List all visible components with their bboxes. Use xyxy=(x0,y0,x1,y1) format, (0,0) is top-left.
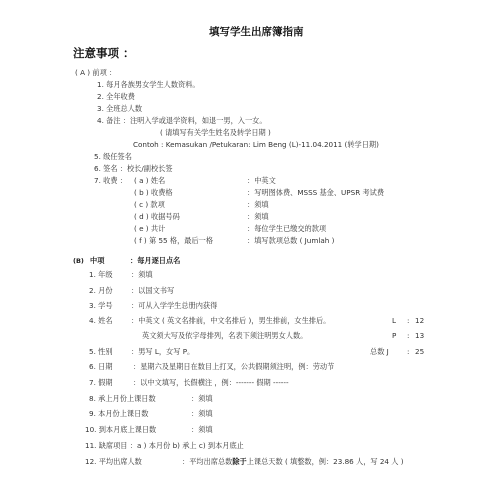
fees-row-key: ( b ) 收费格 xyxy=(134,188,173,198)
section-a-label: ( A ) 前项 ： xyxy=(75,68,116,78)
fees-row-key: ( e ) 共计 xyxy=(134,224,165,234)
count-label: L xyxy=(392,316,396,325)
fees-row-key: ( d ) 收据号码 xyxy=(134,212,180,222)
section-b-item-key: 7. 假期 xyxy=(89,378,113,388)
fees-row-value: ：须填 xyxy=(247,200,269,210)
section-b-item-key: 6. 日期 xyxy=(89,362,113,372)
section-b-item-value: ：平均出席总数除于上课总天数 ( 填整数，例：23.86 人，写 24 人 ) xyxy=(182,457,404,467)
count-sep: : xyxy=(407,316,409,325)
fees-row-key: ( c ) 款项 xyxy=(134,200,165,210)
fees-row-value: ：写明图体费、MSSS 基金、UPSR 考试费 xyxy=(247,188,384,198)
count-label: P xyxy=(392,331,396,340)
section-b-item-value: ：须填 xyxy=(191,425,213,435)
section-b-item-value: ：可从入学学生总册内获得 xyxy=(131,301,217,311)
fees-row-key: ( f ) 第 55 格，最后一格 xyxy=(134,236,213,246)
count-sep: : xyxy=(407,331,409,340)
fees-row-value: ：每位学生已缴交的款项 xyxy=(247,224,326,234)
section-a-item-5: 5. 级任签名 xyxy=(94,152,132,162)
section-b-item-key: 4. 姓名 xyxy=(89,316,113,326)
section-a-item-1: 1. 每月各族男女学生人数资料。 xyxy=(97,80,200,90)
count-value: 13 xyxy=(415,331,424,340)
document-title: 填写学生出席簿指南 xyxy=(209,24,304,39)
fees-row-value: ：须填 xyxy=(247,212,269,222)
section-a-item-6: 6. 签名 ：校长/副校长签 xyxy=(94,164,173,174)
section-b-item-value: ：须填 xyxy=(191,394,213,404)
count-value: 12 xyxy=(415,316,424,325)
section-a-item-4-example: Contoh : Kemasukan /Petukaran: Lim Beng … xyxy=(133,140,379,150)
section-a-item-3: 3. 全班总人数 xyxy=(97,104,142,114)
count-label: 总数 J xyxy=(370,347,389,357)
section-b-item-value: 英文须大写及依字母排列，名表下须注明男女人数。 xyxy=(142,331,307,341)
value-bold: 除于 xyxy=(232,457,246,466)
section-b-item-value: ：以中文填写，长假横注 ，例：------- 假期 ------ xyxy=(133,378,289,388)
section-b-item-value: ：中英文 ( 英文名排前，中文名排后 )，男生排前，女生排后。 xyxy=(131,316,330,326)
section-b-item-key: 5. 性别 xyxy=(89,347,113,357)
section-b-desc: ：每月逐日点名 xyxy=(130,256,180,266)
section-b-item-value: ：星期六及星期日在数目上打叉，公共假期须注明，例：劳动节 xyxy=(133,362,334,372)
fees-row-value: ：中英文 xyxy=(247,176,276,186)
section-a-item-2: 2. 全年收费 xyxy=(97,92,135,102)
section-b-item-key: 1. 年级 xyxy=(89,270,113,280)
fees-row-value: ：填写款项总数 ( Jumlah ) xyxy=(247,236,334,246)
section-a-item-4-note: ( 请填写有关学生姓名及转学日期 ) xyxy=(160,128,271,138)
section-b-item-value: ：以国文书写 xyxy=(131,286,174,296)
section-b-item-key: 12. 平均出席人数 xyxy=(85,457,142,467)
section-b-item-key: 10. 到本月底上课日数 xyxy=(85,425,156,435)
section-b-label: (B) xyxy=(73,257,84,265)
section-b-item-value: ：须填 xyxy=(191,409,213,419)
count-sep: : xyxy=(407,347,409,356)
fees-label: 7. 收费 ： xyxy=(94,176,127,186)
section-b-item-key: 8. 承上月份上课日数 xyxy=(89,394,156,404)
section-b-item-value: ：男写 L，女写 P。 xyxy=(131,347,194,357)
section-b-item-key: 3. 学号 xyxy=(89,301,113,311)
notes-heading: 注意事项 ： xyxy=(73,45,135,61)
value-pre: ：平均出席总数 xyxy=(182,457,232,466)
section-a-item-4: 4. 备注 ：注明入学或退学资料，如退一男，入一女。 xyxy=(97,116,267,126)
section-b-item-key: 9. 本月份上课日数 xyxy=(89,409,148,419)
section-b-name: 中项 xyxy=(90,256,104,266)
fees-row-key: ( a ) 姓名 xyxy=(134,176,165,186)
count-value: 25 xyxy=(415,347,424,356)
section-b-item-value: ：须填 xyxy=(131,270,153,280)
section-b-item-key: 11. 缺席项目 ：a ) 本月份 b) 承上 c) 到本月底止 xyxy=(85,441,244,451)
section-b-item-key: 2. 月份 xyxy=(89,286,113,296)
value-post: 上课总天数 ( 填整数，例：23.86 人，写 24 人 ) xyxy=(247,457,404,466)
